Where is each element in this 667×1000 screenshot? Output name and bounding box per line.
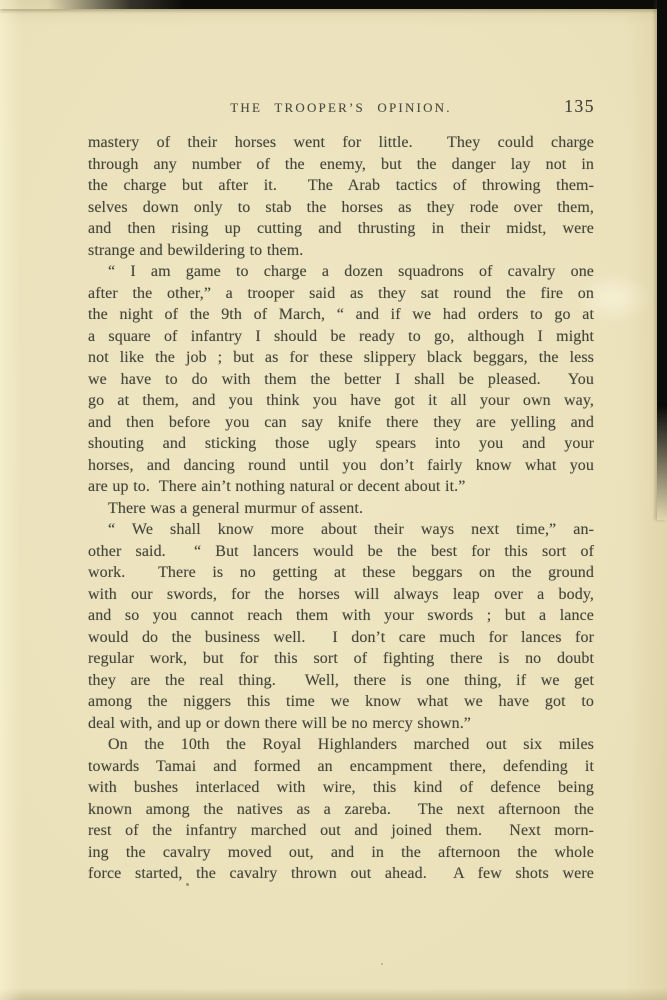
running-title: THE TROOPER’S OPINION.	[88, 100, 594, 116]
text-line: “ We shall know more about their ways ne…	[88, 519, 594, 541]
text-line: other said. “ But lancers would be the b…	[88, 541, 594, 563]
text-line: are up to. There ain’t nothing natural o…	[88, 476, 594, 498]
text-line: work. There is no getting at these begga…	[88, 562, 594, 584]
text-line: selves down only to stab the horses as t…	[88, 197, 594, 219]
text-body: mastery of their horses went for little.…	[88, 132, 594, 885]
scan-edge-top	[0, 0, 667, 9]
text-line: ing the cavalry moved out, and in the af…	[88, 842, 594, 864]
text-line: among the niggers this time we know what…	[88, 691, 594, 713]
page-number: 135	[564, 96, 595, 117]
paper-speck	[381, 963, 383, 965]
text-line: shouting and sticking those ugly spears …	[88, 433, 594, 455]
text-line: On the 10th the Royal Highlanders marche…	[88, 734, 594, 756]
text-line: the charge but after it. The Arab tactic…	[88, 175, 594, 197]
book-page-scan: THE TROOPER’S OPINION. 135 mastery of th…	[0, 0, 667, 1000]
text-line: not like the job ; but as for these slip…	[88, 347, 594, 369]
text-line: with bushes interlaced with wire, this k…	[88, 777, 594, 799]
text-line: would do the business well. I don’t care…	[88, 627, 594, 649]
text-line: we have to do with them the better I sha…	[88, 369, 594, 391]
page-header: THE TROOPER’S OPINION. 135	[88, 100, 594, 120]
text-line: the night of the 9th of March, “ and if …	[88, 304, 594, 326]
text-line: force started, the cavalry thrown out ah…	[88, 863, 594, 885]
text-line: and then before you can say knife there …	[88, 412, 594, 434]
text-line: towards Tamai and formed an encampment t…	[88, 756, 594, 778]
text-line: rest of the infantry marched out and joi…	[88, 820, 594, 842]
text-line: There was a general murmur of assent.	[88, 498, 594, 520]
text-line: go at them, and you think you have got i…	[88, 390, 594, 412]
text-line: mastery of their horses went for little.…	[88, 132, 594, 154]
text-line: a square of infantry I should be ready t…	[88, 326, 594, 348]
text-line: and so you cannot reach them with your s…	[88, 605, 594, 627]
text-line: deal with, and up or down there will be …	[88, 713, 594, 735]
text-line: after the other,” a trooper said as they…	[88, 283, 594, 305]
text-line: “ I am game to charge a dozen squadrons …	[88, 261, 594, 283]
text-line: horses, and dancing round until you don’…	[88, 455, 594, 477]
text-line: regular work, but for this sort of fight…	[88, 648, 594, 670]
scan-edge-right	[657, 0, 667, 520]
text-line: through any number of the enemy, but the…	[88, 154, 594, 176]
text-line: known among the natives as a zareba. The…	[88, 799, 594, 821]
text-line: and then rising up cutting and thrusting…	[88, 218, 594, 240]
text-line: with our swords, for the horses will alw…	[88, 584, 594, 606]
text-line: strange and bewildering to them.	[88, 240, 594, 262]
text-line: they are the real thing. Well, there is …	[88, 670, 594, 692]
